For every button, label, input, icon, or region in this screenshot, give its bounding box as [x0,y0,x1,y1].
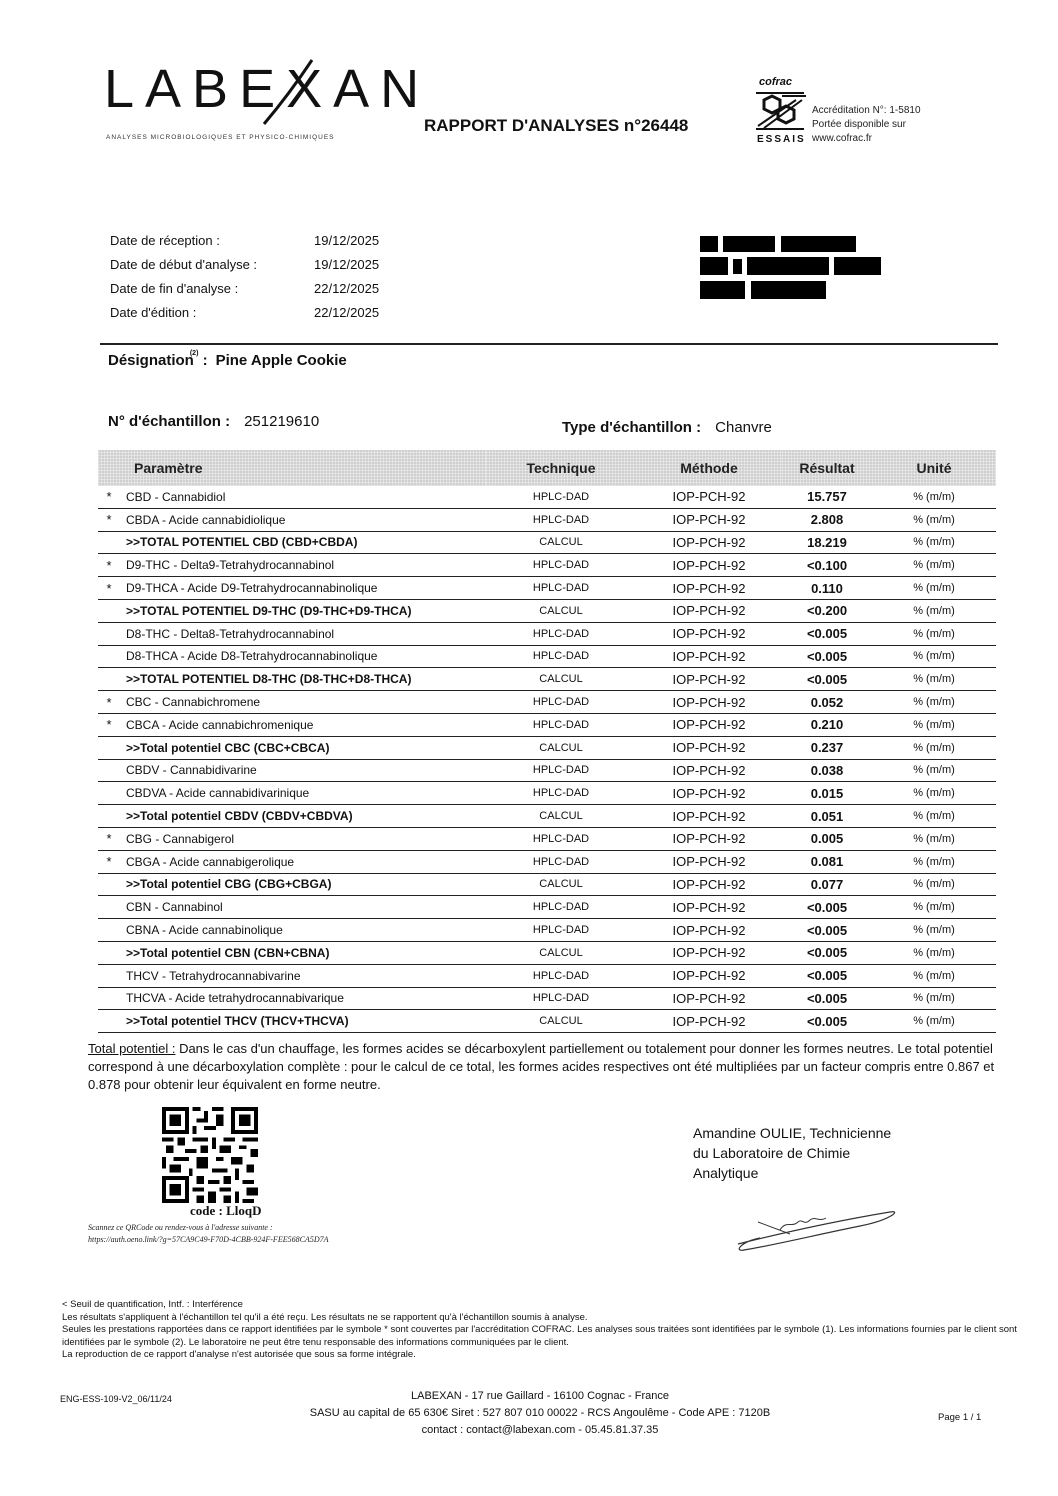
results-table-body: *CBD - CannabidiolHPLC-DADIOP-PCH-9215.7… [98,486,996,1033]
parameter-cell: CBCA - Acide cannabichromenique [120,713,486,736]
accredited-star-icon [98,531,120,554]
accredited-star-icon [98,873,120,896]
designation-label: Désignation [108,352,194,369]
date-row: Date d'édition :22/12/2025 [110,305,379,329]
section-divider [100,343,998,345]
column-header-parameter: Paramètre [98,450,486,486]
redaction-bar [700,236,718,252]
accredited-star-icon [98,622,120,645]
qr-instructions: Scannez ce QRCode ou rendez-vous à l'adr… [88,1222,328,1246]
unit-cell: % (m/m) [872,919,996,942]
date-value: 19/12/2025 [314,233,379,257]
accredited-star-icon: * [98,577,120,600]
qr-instruction-text: Scannez ce QRCode ou rendez-vous à l'adr… [88,1222,328,1234]
accreditation-number: Accréditation N°: 1-5810 [812,104,921,118]
result-cell: 15.757 [782,486,872,508]
signer-department: Analytique [693,1163,891,1183]
parameter-cell: CBD - Cannabidiol [120,486,486,508]
result-cell: <0.100 [782,554,872,577]
signer-block: Amandine OULIE, Technicienne du Laborato… [693,1123,891,1183]
unit-cell: % (m/m) [872,508,996,531]
method-cell: IOP-PCH-92 [636,622,782,645]
result-cell: <0.005 [782,941,872,964]
method-cell: IOP-PCH-92 [636,691,782,714]
note-text: Dans le cas d'un chauffage, les formes a… [88,1041,994,1092]
table-row-total: >>Total potentiel THCV (THCV+THCVA)CALCU… [98,1010,996,1033]
redaction-bar [700,281,745,299]
accredited-star-icon: * [98,508,120,531]
accredited-star-icon: * [98,713,120,736]
result-cell: <0.200 [782,599,872,622]
parameter-cell: THCVA - Acide tetrahydrocannabivarique [120,987,486,1010]
unit-cell: % (m/m) [872,964,996,987]
unit-cell: % (m/m) [872,759,996,782]
column-header-method: Méthode [636,450,782,486]
accredited-star-icon [98,896,120,919]
technique-cell: CALCUL [486,941,636,964]
date-label: Date de réception : [110,233,314,257]
result-cell: 0.052 [782,691,872,714]
technique-cell: HPLC-DAD [486,759,636,782]
result-cell: <0.005 [782,645,872,668]
result-cell: 0.110 [782,577,872,600]
table-row-total: >>TOTAL POTENTIEL D9-THC (D9-THC+D9-THCA… [98,599,996,622]
result-cell: <0.005 [782,622,872,645]
table-row-total: >>Total potentiel CBN (CBN+CBNA)CALCULIO… [98,941,996,964]
technique-cell: CALCUL [486,599,636,622]
date-label: Date de début d'analyse : [110,257,314,281]
result-cell: 0.051 [782,805,872,828]
unit-cell: % (m/m) [872,827,996,850]
method-cell: IOP-PCH-92 [636,531,782,554]
date-label: Date de fin d'analyse : [110,281,314,305]
document-code: ENG-ESS-109-V2_06/11/24 [60,1394,172,1404]
date-label: Date d'édition : [110,305,314,329]
method-cell: IOP-PCH-92 [636,736,782,759]
method-cell: IOP-PCH-92 [636,577,782,600]
sample-number-label: N° d'échantillon : [108,413,230,430]
designation: Désignation(2) :Pine Apple Cookie [108,352,347,369]
column-header-technique: Technique [486,450,636,486]
table-row: D8-THC - Delta8-TetrahydrocannabinolHPLC… [98,622,996,645]
table-row: CBDV - CannabidivarineHPLC-DADIOP-PCH-92… [98,759,996,782]
table-row-total: >>TOTAL POTENTIEL CBD (CBD+CBDA)CALCULIO… [98,531,996,554]
qr-code-label: code : LloqD [190,1203,262,1219]
unit-cell: % (m/m) [872,736,996,759]
redaction-bar [723,236,775,252]
technique-cell: CALCUL [486,736,636,759]
accreditation-info: Accréditation N°: 1-5810 Portée disponib… [812,104,921,146]
redaction-bar [700,257,728,275]
method-cell: IOP-PCH-92 [636,486,782,508]
date-row: Date de réception :19/12/2025 [110,233,379,257]
table-row: CBN - CannabinolHPLC-DADIOP-PCH-92<0.005… [98,896,996,919]
date-value: 22/12/2025 [314,305,379,329]
table-row: THCVA - Acide tetrahydrocannabivariqueHP… [98,987,996,1010]
table-row: *CBDA - Acide cannabidioliqueHPLC-DADIOP… [98,508,996,531]
result-cell: <0.005 [782,896,872,919]
date-row: Date de fin d'analyse :22/12/2025 [110,281,379,305]
accredited-star-icon: * [98,486,120,508]
technique-cell: CALCUL [486,531,636,554]
logo-swoosh-icon [250,58,330,128]
technique-cell: HPLC-DAD [486,827,636,850]
result-cell: 0.005 [782,827,872,850]
technique-cell: HPLC-DAD [486,486,636,508]
unit-cell: % (m/m) [872,805,996,828]
redaction-bar [834,257,881,275]
legal-notes: < Seuil de quantification, Intf. : Inter… [62,1299,1032,1362]
parameter-cell: >>TOTAL POTENTIEL CBD (CBD+CBDA) [120,531,486,554]
redaction-bar [781,236,856,252]
table-row: D8-THCA - Acide D8-Tetrahydrocannabinoli… [98,645,996,668]
table-row: *CBGA - Acide cannabigeroliqueHPLC-DADIO… [98,850,996,873]
parameter-cell: >>Total potentiel CBDV (CBDV+CBDVA) [120,805,486,828]
parameter-cell: D8-THC - Delta8-Tetrahydrocannabinol [120,622,486,645]
signature-icon [730,1200,900,1260]
accredited-star-icon [98,668,120,691]
method-cell: IOP-PCH-92 [636,554,782,577]
accreditation-url: www.cofrac.fr [812,132,921,146]
method-cell: IOP-PCH-92 [636,759,782,782]
result-cell: 0.015 [782,782,872,805]
method-cell: IOP-PCH-92 [636,850,782,873]
logo-tagline: Analyses microbiologiques et physico-chi… [106,134,335,141]
unit-cell: % (m/m) [872,941,996,964]
method-cell: IOP-PCH-92 [636,1010,782,1033]
technique-cell: HPLC-DAD [486,691,636,714]
accredited-star-icon: * [98,827,120,850]
unit-cell: % (m/m) [872,577,996,600]
technique-cell: CALCUL [486,668,636,691]
parameter-cell: CBDV - Cannabidivarine [120,759,486,782]
parameter-cell: CBDA - Acide cannabidiolique [120,508,486,531]
method-cell: IOP-PCH-92 [636,713,782,736]
total-potential-note: Total potentiel : Dans le cas d'un chauf… [88,1040,998,1094]
client-info-marker: (2) [190,350,199,357]
technique-cell: HPLC-DAD [486,896,636,919]
redaction-bar [747,257,829,275]
accredited-star-icon [98,805,120,828]
technique-cell: CALCUL [486,805,636,828]
parameter-cell: D8-THCA - Acide D8-Tetrahydrocannabinoli… [120,645,486,668]
parameter-cell: >>Total potentiel THCV (THCV+THCVA) [120,1010,486,1033]
parameter-cell: >>Total potentiel CBN (CBN+CBNA) [120,941,486,964]
results-table: Paramètre Technique Méthode Résultat Uni… [98,450,996,1033]
technique-cell: HPLC-DAD [486,577,636,600]
technique-cell: HPLC-DAD [486,713,636,736]
result-cell: <0.005 [782,1010,872,1033]
parameter-cell: CBNA - Acide cannabinolique [120,919,486,942]
accredited-star-icon [98,919,120,942]
designation-value: Pine Apple Cookie [216,352,347,369]
technique-cell: CALCUL [486,1010,636,1033]
table-row: *D9-THC - Delta9-TetrahydrocannabinolHPL… [98,554,996,577]
parameter-cell: >>Total potentiel CBG (CBG+CBGA) [120,873,486,896]
unit-cell: % (m/m) [872,987,996,1010]
method-cell: IOP-PCH-92 [636,508,782,531]
parameter-cell: D9-THCA - Acide D9-Tetrahydrocannabinoli… [120,577,486,600]
table-row: CBNA - Acide cannabinoliqueHPLC-DADIOP-P… [98,919,996,942]
accredited-star-icon [98,736,120,759]
signer-role: du Laboratoire de Chimie [693,1143,891,1163]
report-title: RAPPORT D'ANALYSES n°26448 [424,116,688,136]
accredited-star-icon: * [98,691,120,714]
parameter-cell: CBDVA - Acide cannabidivarinique [120,782,486,805]
page-number: Page 1 / 1 [938,1412,981,1423]
result-cell: 0.237 [782,736,872,759]
legal-line: Seules les prestations rapportées dans c… [62,1324,1032,1349]
parameter-cell: THCV - Tetrahydrocannabivarine [120,964,486,987]
date-value: 22/12/2025 [314,281,379,305]
dates-block: Date de réception :19/12/2025 Date de dé… [110,233,379,329]
column-header-unit: Unité [872,450,996,486]
redaction-bar [733,259,742,274]
sample-number: N° d'échantillon :251219610 [108,413,319,430]
table-row-total: >>Total potentiel CBG (CBG+CBGA)CALCULIO… [98,873,996,896]
unit-cell: % (m/m) [872,645,996,668]
method-cell: IOP-PCH-92 [636,645,782,668]
parameter-cell: D9-THC - Delta9-Tetrahydrocannabinol [120,554,486,577]
parameter-cell: CBGA - Acide cannabigerolique [120,850,486,873]
table-row-total: >>TOTAL POTENTIEL D8-THC (D8-THC+D8-THCA… [98,668,996,691]
unit-cell: % (m/m) [872,668,996,691]
parameter-cell: CBG - Cannabigerol [120,827,486,850]
accredited-star-icon [98,1010,120,1033]
parameter-cell: >>Total potentiel CBC (CBC+CBCA) [120,736,486,759]
unit-cell: % (m/m) [872,554,996,577]
method-cell: IOP-PCH-92 [636,782,782,805]
sample-type-value: Chanvre [715,419,772,436]
qr-code-icon[interactable] [162,1107,258,1203]
technique-cell: HPLC-DAD [486,508,636,531]
accredited-star-icon [98,964,120,987]
technique-cell: HPLC-DAD [486,987,636,1010]
table-row: *CBCA - Acide cannabichromeniqueHPLC-DAD… [98,713,996,736]
unit-cell: % (m/m) [872,599,996,622]
method-cell: IOP-PCH-92 [636,668,782,691]
cofrac-essais-label: ESSAIS [757,134,806,145]
method-cell: IOP-PCH-92 [636,805,782,828]
table-row: *D9-THCA - Acide D9-Tetrahydrocannabinol… [98,577,996,600]
parameter-cell: >>TOTAL POTENTIEL D8-THC (D8-THC+D8-THCA… [120,668,486,691]
method-cell: IOP-PCH-92 [636,964,782,987]
result-cell: 0.077 [782,873,872,896]
accredited-star-icon [98,987,120,1010]
cofrac-brand: cofrac [759,76,792,88]
table-row: *CBG - CannabigerolHPLC-DADIOP-PCH-920.0… [98,827,996,850]
unit-cell: % (m/m) [872,713,996,736]
parameter-cell: CBC - Cannabichromene [120,691,486,714]
legal-line: Les résultats s'appliquent à l'échantill… [62,1312,1032,1325]
result-cell: 0.081 [782,850,872,873]
method-cell: IOP-PCH-92 [636,827,782,850]
unit-cell: % (m/m) [872,873,996,896]
footer-company-info: LABEXAN - 17 rue Gaillard - 16100 Cognac… [240,1388,840,1439]
result-cell: 0.038 [782,759,872,782]
table-row: *CBC - CannabichromeneHPLC-DADIOP-PCH-92… [98,691,996,714]
method-cell: IOP-PCH-92 [636,896,782,919]
table-header-row: Paramètre Technique Méthode Résultat Uni… [98,450,996,486]
method-cell: IOP-PCH-92 [636,987,782,1010]
method-cell: IOP-PCH-92 [636,919,782,942]
redaction-bar [751,281,826,299]
unit-cell: % (m/m) [872,1010,996,1033]
accreditation-scope: Portée disponible sur [812,118,921,132]
technique-cell: HPLC-DAD [486,850,636,873]
result-cell: 2.808 [782,508,872,531]
footer-contact: contact : contact@labexan.com - 05.45.81… [240,1422,840,1439]
technique-cell: HPLC-DAD [486,622,636,645]
unit-cell: % (m/m) [872,782,996,805]
method-cell: IOP-PCH-92 [636,599,782,622]
cofrac-logo-icon [752,92,808,130]
accredited-star-icon [98,645,120,668]
technique-cell: HPLC-DAD [486,782,636,805]
technique-cell: HPLC-DAD [486,645,636,668]
unit-cell: % (m/m) [872,850,996,873]
accredited-star-icon [98,759,120,782]
accredited-star-icon: * [98,850,120,873]
legal-line: < Seuil de quantification, Intf. : Inter… [62,1299,1032,1312]
method-cell: IOP-PCH-92 [636,941,782,964]
legal-line: La reproduction de ce rapport d'analyse … [62,1349,1032,1362]
accredited-star-icon: * [98,554,120,577]
sample-type-label: Type d'échantillon : [562,419,701,436]
signer-name: Amandine OULIE, Technicienne [693,1123,891,1143]
technique-cell: CALCUL [486,873,636,896]
result-cell: 18.219 [782,531,872,554]
sample-number-value: 251219610 [244,413,319,430]
table-row-total: >>Total potentiel CBC (CBC+CBCA)CALCULIO… [98,736,996,759]
unit-cell: % (m/m) [872,486,996,508]
unit-cell: % (m/m) [872,896,996,919]
result-cell: <0.005 [782,987,872,1010]
accredited-star-icon [98,599,120,622]
footer-legal-id: SASU au capital de 65 630€ Siret : 527 8… [240,1405,840,1422]
qr-url-link[interactable]: https://auth.oeno.link/?g=57CA9C49-F70D-… [88,1234,328,1246]
method-cell: IOP-PCH-92 [636,873,782,896]
parameter-cell: CBN - Cannabinol [120,896,486,919]
result-cell: <0.005 [782,919,872,942]
result-cell: <0.005 [782,964,872,987]
technique-cell: HPLC-DAD [486,964,636,987]
table-row: CBDVA - Acide cannabidivariniqueHPLC-DAD… [98,782,996,805]
unit-cell: % (m/m) [872,531,996,554]
table-row-total: >>Total potentiel CBDV (CBDV+CBDVA)CALCU… [98,805,996,828]
parameter-cell: >>TOTAL POTENTIEL D9-THC (D9-THC+D9-THCA… [120,599,486,622]
accredited-star-icon [98,941,120,964]
result-cell: 0.210 [782,713,872,736]
date-value: 19/12/2025 [314,257,379,281]
footer-address: LABEXAN - 17 rue Gaillard - 16100 Cognac… [240,1388,840,1405]
technique-cell: HPLC-DAD [486,919,636,942]
result-cell: <0.005 [782,668,872,691]
table-row: *CBD - CannabidiolHPLC-DADIOP-PCH-9215.7… [98,486,996,508]
column-header-result: Résultat [782,450,872,486]
date-row: Date de début d'analyse :19/12/2025 [110,257,379,281]
sample-type: Type d'échantillon :Chanvre [562,419,772,436]
accredited-star-icon [98,782,120,805]
technique-cell: HPLC-DAD [486,554,636,577]
unit-cell: % (m/m) [872,622,996,645]
unit-cell: % (m/m) [872,691,996,714]
designation-colon: : [198,352,207,369]
table-row: THCV - TetrahydrocannabivarineHPLC-DADIO… [98,964,996,987]
note-label: Total potentiel : [88,1041,175,1056]
